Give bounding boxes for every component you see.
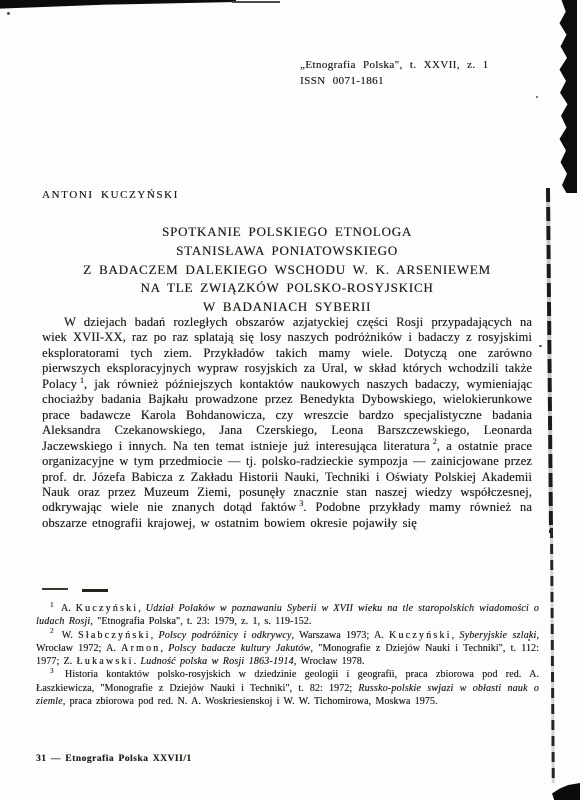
footnote-work-title: Ludność polska w Rosji 1863-1914 [140,656,293,667]
footnote-text: , "Etnografia Polska", t. 23: 1979, z. 1… [90,616,311,627]
footnote-author-name: Słabczyński [78,630,151,641]
footnote-2-mark: 2 [50,627,54,635]
footnote-text: , [138,603,145,614]
footnote-1-mark: 1 [50,601,54,609]
scan-artifact-top-edge [0,0,236,9]
footnote-author-name: Kuczyński [389,630,452,641]
article-paragraph: W dziejach badań rozległych obszarów azj… [42,315,532,531]
article-title: SPOTKANIE POLSKIEGO ETNOLOGA STANISŁAWA … [42,223,532,317]
journal-issn: ISSN 0071-1861 [300,74,488,90]
scan-speck [539,345,542,347]
footnote-text: , Warszawa 1973; A. [291,630,389,641]
title-line-3: Z BADACZEM DALEKIEGO WSCHODU W. K. ARSEN… [42,261,532,280]
scan-artifact-top-edge-line [232,1,280,3]
page-signature: 31 — Etnografia Polska XXVII/1 [36,754,192,764]
scan-speck [536,96,538,98]
footnote-3-mark: 3 [50,667,54,675]
title-line-1: SPOTKANIE POLSKIEGO ETNOLOGA [42,223,532,242]
title-line-4: NA TLE ZWIĄZKÓW POLSKO-ROSYJSKICH [42,279,532,298]
author-name: ANTONI KUCZYŃSKI [42,189,179,201]
footnote-text: , [160,643,168,654]
scan-artifact-right-line-mid [546,188,553,533]
title-line-2: STANISŁAWA PONIATOWSKIEGO [42,242,532,261]
footnote-2: 2 W. Słabczyński, Polscy podróżnicy i od… [36,629,539,669]
footnote-separator [42,588,112,591]
footnote-author-name: Armon [121,643,160,654]
footnote-work-title: Polscy podróżnicy i odkrywcy [158,630,291,641]
footnote-3: 3 Historia kontaktów polsko-rosyjskich w… [36,668,539,708]
footnote-text: , praca zbiorowa pod red. N. A. Woskries… [63,696,438,707]
footnote-work-title: Syberyjskie szlaki [459,630,536,641]
separator-dash [82,589,108,592]
footnotes-block: 1 A. Kuczyński, Udział Polaków w poznawa… [36,602,539,708]
footnote-text: W. [57,630,78,641]
footnote-1: 1 A. Kuczyński, Udział Polaków w poznawa… [36,602,539,629]
separator-dash [42,588,68,590]
footnote-work-title: Polscy badacze kultury Jakutów [168,643,310,654]
journal-header: „Etnografia Polska", t. XXVII, z. 1 ISSN… [300,58,488,89]
journal-citation: „Etnografia Polska", t. XXVII, z. 1 [300,58,488,74]
scan-artifact-corner-blob [552,783,580,800]
scanned-page: „Etnografia Polska", t. XXVII, z. 1 ISSN… [0,0,583,800]
footnote-author-name: Łukawski [77,656,134,667]
footnote-text: A. [57,603,76,614]
scan-artifact-right-line-low [550,528,555,783]
scan-artifact-right-band [552,0,577,193]
footnote-author-name: Kuczyński [76,603,139,614]
scan-speck [7,12,10,15]
footnote-text: , Wrocław 1978. [294,656,365,667]
